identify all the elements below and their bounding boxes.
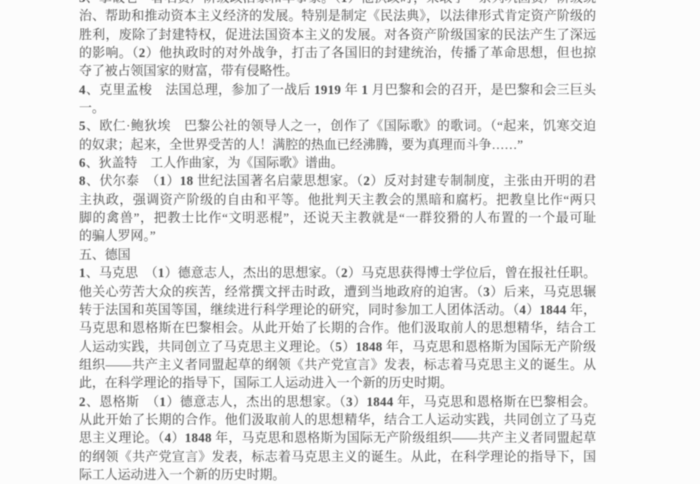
- text-line: 一。: [79, 99, 596, 117]
- number-text: 1: [79, 266, 86, 280]
- number-text: 1848: [185, 431, 212, 445]
- number-text: 1919: [314, 83, 341, 97]
- text-line: 6、狄盖特 工人作曲家，为《国际歌》谱曲。: [79, 154, 596, 172]
- text-line: 转于法国和英国等国，继续进行科学理论的研究，同时参加工人团体活动。（4）1844…: [79, 301, 596, 319]
- number-text: 1: [159, 174, 166, 188]
- text-line: 从此开始了长期的合作。他们汲取前人的思想精华，结合工人运动实践，共同创立了马克: [79, 411, 596, 429]
- text-line: 马克思和恩格斯在巴黎相会。从此开始了长期的合作。他们汲取前人的思想精华，结合工: [79, 319, 596, 337]
- document-page: 3、拿破仑 著名资产阶级政治家和军事家。（1）他执政时，采取了一系列巩固资产阶级…: [79, 0, 596, 470]
- text-line: 此，在科学理论的指导下，国际工人运动进入一个新的历史时期。: [79, 374, 596, 392]
- text-line: 4、克里孟梭 法国总理，参加了一战后 1919 年 1 月巴黎和会的召开，是巴黎…: [79, 81, 596, 99]
- text-line: 夺了被占领国家的财富，带有侵略性。: [79, 62, 596, 80]
- number-text: 1844: [367, 395, 394, 409]
- number-text: 2: [363, 174, 370, 188]
- number-text: 2: [341, 266, 348, 280]
- text-line: 8、伏尔泰 （1）18 世纪法国著名启蒙思想家。（2）反对封建专制制度，主张由开…: [79, 172, 596, 190]
- text-line: 脚的禽兽”，把教士比作“文明恶棍”，还说天主教就是“一群狡猾的人布置的一个最可耻: [79, 209, 596, 227]
- text-line: 2、恩格斯 （1）德意志人，杰出的思想家。（3）1844 年，马克思和恩格斯在巴…: [79, 393, 596, 411]
- number-text: 18: [180, 174, 194, 188]
- number-text: 4: [165, 431, 172, 445]
- text-line: 5、欧仁·鲍狄埃 巴黎公社的领导人之一，创作了《国际歌》的歌词。（“起来，饥寒交…: [79, 117, 596, 135]
- number-text: 3: [483, 285, 490, 299]
- text-line: 思主义理论。（4）1848 年，马克思和恩格斯为国际无产阶级组织——共产主义者同…: [79, 429, 596, 447]
- number-text: 1: [159, 395, 166, 409]
- number-text: 1844: [540, 303, 567, 317]
- text-line: 的奴隶；起来，全世界受苦的人！满腔的热血已经沸腾，要为真理而斗争……”: [79, 136, 596, 154]
- text-line: 五、德国: [79, 246, 596, 264]
- text-line: 3、拿破仑 著名资产阶级政治家和军事家。（1）他执政时，采取了一系列巩固资产阶级…: [79, 0, 596, 7]
- text-line: 组织——共产主义者同盟起草的纲领《共产党宣言》发表，标志着马克思主义的诞生。从: [79, 356, 596, 374]
- number-text: 1: [158, 266, 165, 280]
- number-text: 2: [139, 46, 146, 60]
- number-text: 4: [79, 83, 86, 97]
- number-text: 6: [79, 156, 86, 170]
- number-text: 5: [335, 340, 342, 354]
- number-text: 1848: [356, 340, 383, 354]
- number-text: 8: [79, 174, 86, 188]
- text-line: 1、马克思 （1）德意志人，杰出的思想家。（2）马克思获得博士学位后，曾在报社任…: [79, 264, 596, 282]
- text-line: 胜利，废除了封建特权，促进法国资本主义的发展。对各资产阶级国家的民法产生了深远: [79, 26, 596, 44]
- number-text: 3: [346, 395, 353, 409]
- text-line: 人运动实践，共同创立了马克思主义理论。（5）1848 年，马克思和恩格斯为国际无…: [79, 338, 596, 356]
- text-line: 的骗人罗网。”: [79, 227, 596, 245]
- number-text: 5: [79, 119, 86, 133]
- number-text: 1: [361, 83, 368, 97]
- number-text: 2: [79, 395, 86, 409]
- text-line: 治、帮助和推动资本主义经济的发展。特别是制定《民法典》，以法律形式肯定资产阶级的: [79, 7, 596, 25]
- number-text: 4: [519, 303, 526, 317]
- text-line: 的纲领《共产党宣言》发表，标志着马克思主义的诞生。从此，在科学理论的指导下，国: [79, 448, 596, 466]
- number-text: 1: [341, 0, 348, 5]
- number-text: 3: [79, 0, 86, 5]
- text-line: 他关心劳苦大众的疾苦，经常撰文抨击时政，遭到当地政府的迫害。（3）后来，马克思辗: [79, 283, 596, 301]
- text-line: 主执政，强调资产阶级的自由和平等。他批判天主教会的黑暗和腐朽。把教皇比作“两只: [79, 191, 596, 209]
- text-line: 际工人运动进入一个新的历史时期。: [79, 466, 596, 470]
- text-line: 的影响。（2）他执政时的对外战争，打击了各国旧的封建统治，传播了革命思想，但也掠: [79, 44, 596, 62]
